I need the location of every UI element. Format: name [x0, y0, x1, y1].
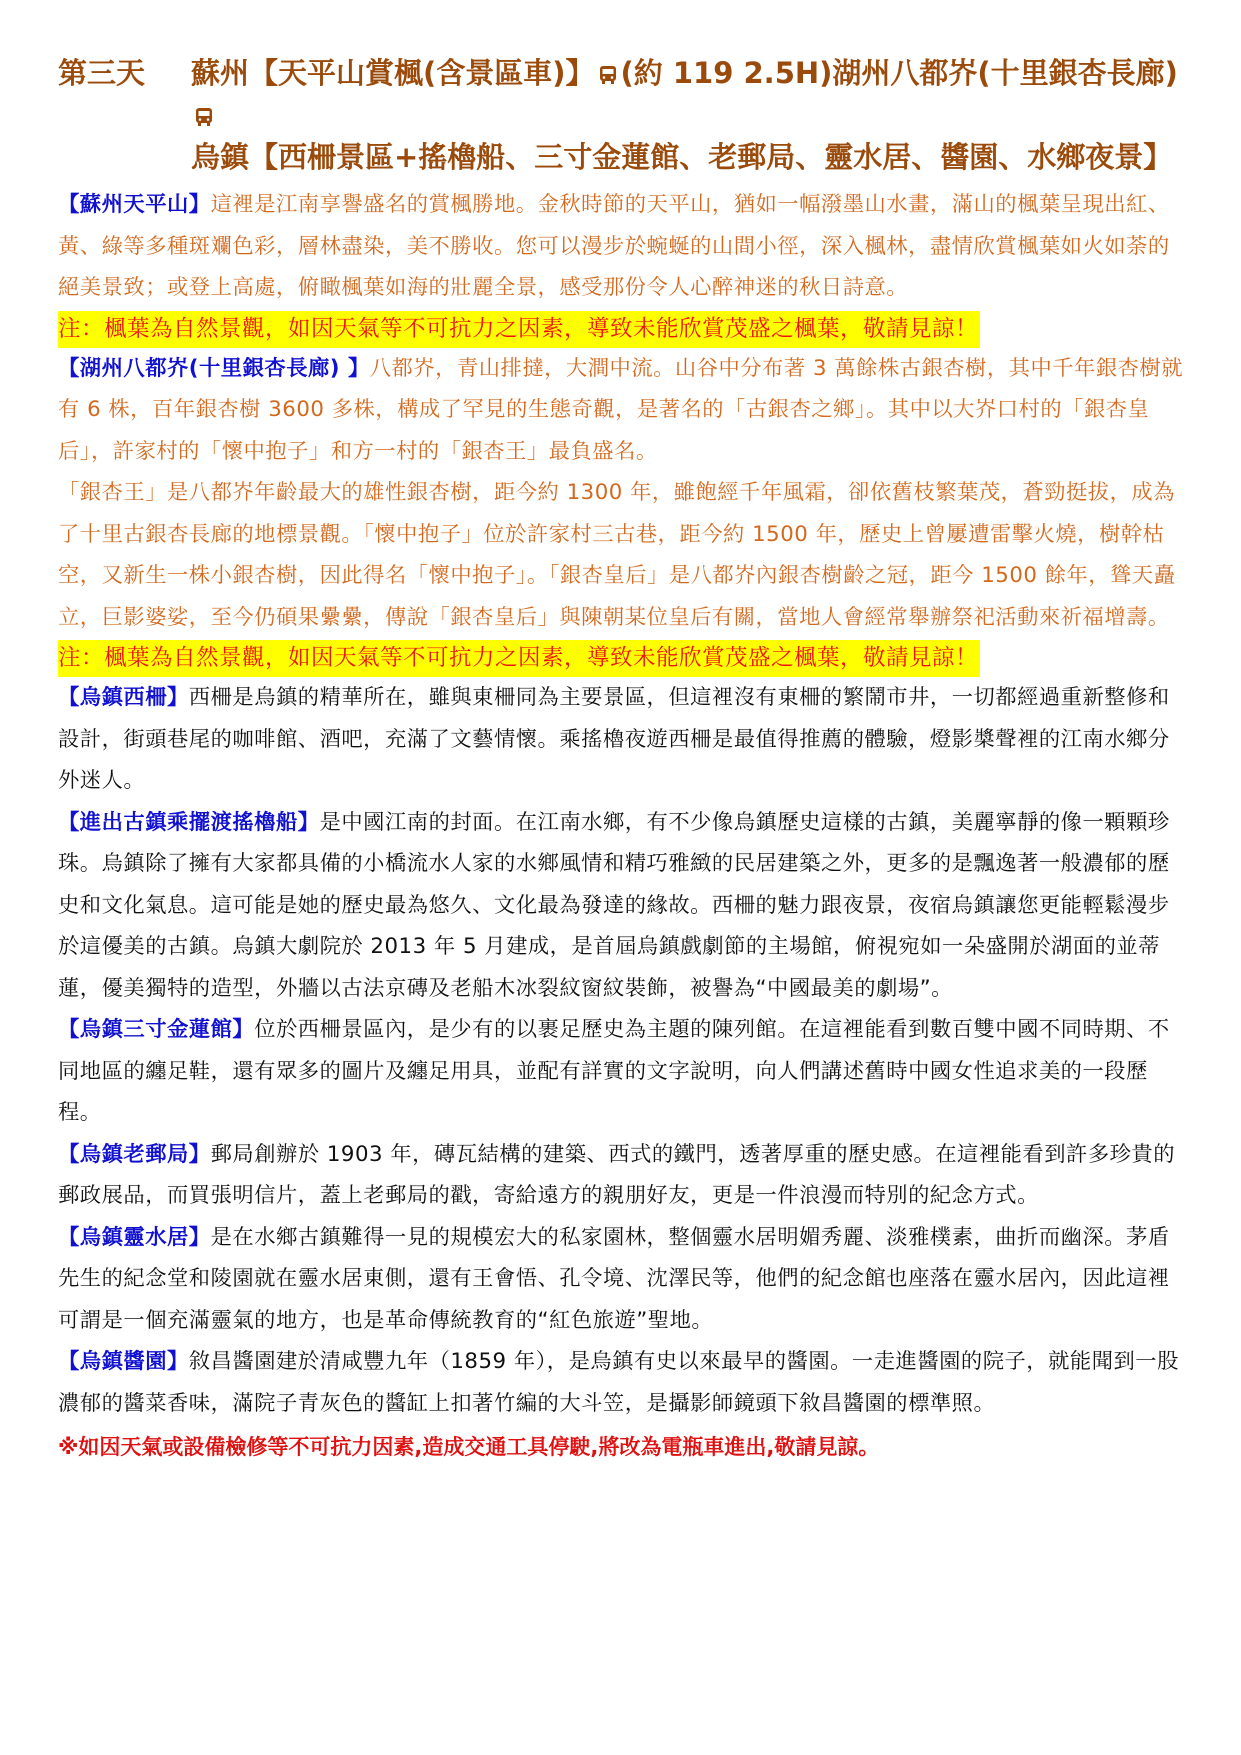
section-text: 郵局創辦於 1903 年，磚瓦結構的建築、西式的鐵門，透著厚重的歷史感。在這裡能… — [58, 1142, 1175, 1209]
section-tag: 【蘇州天平山】 — [58, 192, 211, 217]
section-lotus-museum: 【烏鎮三寸金蓮館】位於西柵景區內，是少有的以裹足歷史為主題的陳列館。在這裡能看到… — [58, 1009, 1188, 1134]
bus-icon — [599, 65, 617, 85]
section-tianpingshan: 【蘇州天平山】這裡是江南享譽盛名的賞楓勝地。金秋時節的天平山，猶如一幅潑墨山水畫… — [58, 184, 1188, 309]
section-tag: 【烏鎮靈水居】 — [58, 1225, 211, 1250]
section-boat: 【進出古鎮乘擺渡搖櫓船】是中國江南的封面。在江南水鄉，有不少像烏鎮歷史這樣的古鎮… — [58, 802, 1188, 1010]
section-sauce-garden: 【烏鎮醬園】敘昌醬園建於清咸豐九年（1859 年），是烏鎮有史以來最早的醬園。一… — [58, 1341, 1188, 1424]
section-text: 這裡是江南享譽盛名的賞楓勝地。金秋時節的天平山，猶如一幅潑墨山水畫，滿山的楓葉呈… — [58, 192, 1170, 300]
maple-note: 注：楓葉為自然景觀，如因天氣等不可抗力之因素，導致未能欣賞茂盛之楓葉，敬請見諒！ — [58, 640, 980, 677]
section-text: 是中國江南的封面。在江南水鄉，有不少像烏鎮歷史這樣的古鎮，美麗寧靜的像一顆顆珍珠… — [58, 810, 1170, 1001]
section-tag: 【烏鎮醬園】 — [58, 1349, 189, 1374]
route-part-2: (約 119 2.5H)湖州八都岕(十里銀杏長廊) — [621, 56, 1178, 90]
bus-icon — [195, 107, 213, 127]
transport-note: ※如因天氣或設備檢修等不可抗力因素,造成交通工具停駛,將改為電瓶車進出,敬請見諒… — [58, 1426, 1188, 1468]
route-part-3: 烏鎮【西柵景區+搖櫓船、三寸金蓮館、老郵局、靈水居、醬園、水鄉夜景】 — [191, 140, 1172, 174]
day-title: 第三天 蘇州【天平山賞楓(含景區車)】(約 119 2.5H)湖州八都岕(十里銀… — [58, 52, 1188, 178]
section-badujie: 【湖州八都岕(十里銀杏長廊) 】八都岕，青山排撻，大澗中流。山谷中分布著 3 萬… — [58, 348, 1188, 473]
section-text: 西柵是烏鎮的精華所在，雖與東柵同為主要景區，但這裡沒有東柵的繁鬧市井，一切都經過… — [58, 685, 1170, 793]
day-route: 蘇州【天平山賞楓(含景區車)】(約 119 2.5H)湖州八都岕(十里銀杏長廊)… — [191, 52, 1188, 178]
day-label: 第三天 — [58, 52, 191, 178]
section-text: 敘昌醬園建於清咸豐九年（1859 年），是烏鎮有史以來最早的醬園。一走進醬園的院… — [58, 1349, 1179, 1416]
section-lingshui: 【烏鎮靈水居】是在水鄉古鎮難得一見的規模宏大的私家園林，整個靈水居明媚秀麗、淡雅… — [58, 1217, 1188, 1342]
maple-note: 注：楓葉為自然景觀，如因天氣等不可抗力之因素，導致未能欣賞茂盛之楓葉，敬請見諒！ — [58, 311, 980, 348]
section-tag: 【烏鎮西柵】 — [58, 685, 189, 710]
section-tag: 【烏鎮老郵局】 — [58, 1142, 211, 1167]
section-xizha: 【烏鎮西柵】西柵是烏鎮的精華所在，雖與東柵同為主要景區，但這裡沒有東柵的繁鬧市井… — [58, 677, 1188, 802]
route-part-1: 蘇州【天平山賞楓(含景區車)】 — [191, 56, 595, 90]
section-post-office: 【烏鎮老郵局】郵局創辦於 1903 年，磚瓦結構的建築、西式的鐵門，透著厚重的歷… — [58, 1134, 1188, 1217]
section-tag: 【湖州八都岕(十里銀杏長廊) 】 — [58, 356, 370, 381]
section-badujie-detail: 「銀杏王」是八都岕年齡最大的雄性銀杏樹，距今約 1300 年，雖飽經千年風霜，卻… — [58, 472, 1188, 638]
itinerary-page: 第三天 蘇州【天平山賞楓(含景區車)】(約 119 2.5H)湖州八都岕(十里銀… — [58, 52, 1188, 1468]
section-text: 是在水鄉古鎮難得一見的規模宏大的私家園林，整個靈水居明媚秀麗、淡雅樸素，曲折而幽… — [58, 1225, 1170, 1333]
section-tag: 【烏鎮三寸金蓮館】 — [58, 1017, 254, 1042]
section-tag: 【進出古鎮乘擺渡搖櫓船】 — [58, 810, 320, 835]
